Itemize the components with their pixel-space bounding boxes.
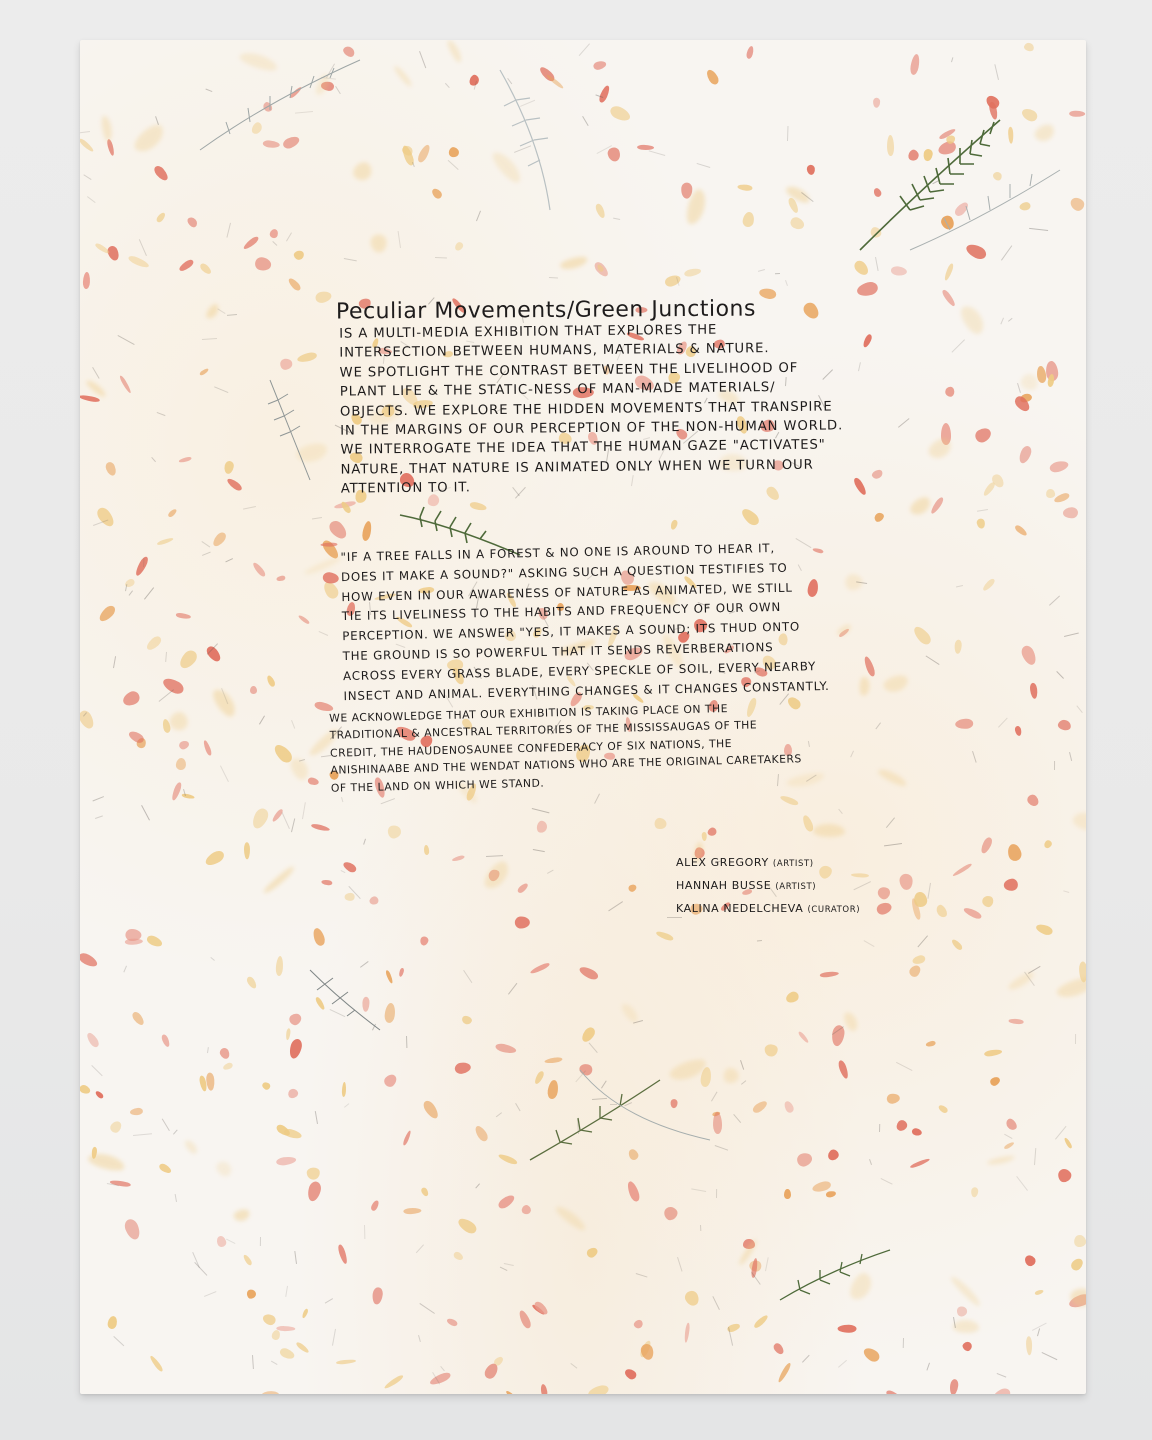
- petal-icon: [764, 484, 781, 502]
- sprig-gray-lower-left-icon: [300, 960, 390, 1040]
- petal-icon: [85, 1031, 101, 1049]
- paper-fiber: [466, 340, 474, 343]
- paper-fiber: [972, 751, 977, 763]
- petal-icon: [161, 675, 186, 696]
- petal-icon: [759, 287, 778, 300]
- petal-icon: [321, 879, 332, 886]
- petal-icon: [185, 215, 198, 228]
- petal-icon: [251, 561, 267, 578]
- paper-fiber: [494, 407, 504, 413]
- petal-icon: [199, 367, 210, 376]
- paper-fiber: [898, 418, 909, 428]
- paper-fiber: [151, 457, 156, 462]
- petal-stain-icon: [716, 387, 741, 407]
- paper-fiber: [445, 83, 449, 88]
- petal-icon: [786, 695, 803, 712]
- petal-icon: [625, 716, 632, 732]
- petal-icon: [336, 1359, 356, 1365]
- paper-fiber: [468, 581, 478, 596]
- petal-icon: [603, 753, 614, 760]
- petal-icon: [80, 394, 100, 403]
- petal-icon: [558, 432, 573, 446]
- petal-stain-icon: [368, 403, 404, 429]
- paper-fiber: [978, 509, 989, 512]
- paper-fiber: [476, 1184, 480, 1189]
- paper-fiber: [588, 1043, 597, 1054]
- petal-icon: [952, 863, 973, 878]
- petal-icon: [497, 1193, 517, 1211]
- petal-icon: [607, 627, 620, 648]
- paper-fiber: [838, 1360, 847, 1368]
- petal-icon: [870, 468, 883, 480]
- paper-fiber: [1064, 891, 1070, 894]
- paper-fiber: [838, 809, 843, 814]
- petal-icon: [495, 1042, 517, 1054]
- paper-fiber: [1076, 705, 1082, 712]
- petal-icon: [418, 733, 434, 749]
- petal-icon: [945, 387, 955, 397]
- petal-icon: [152, 164, 169, 182]
- paper-fiber: [133, 1133, 152, 1136]
- paper-fiber: [658, 447, 666, 461]
- paper-fiber: [226, 559, 234, 563]
- petal-icon: [420, 1186, 429, 1197]
- paper-fiber: [397, 231, 400, 248]
- petal-icon: [608, 103, 633, 123]
- petal-icon: [369, 1199, 379, 1211]
- petal-icon: [94, 1089, 105, 1099]
- petal-icon: [1029, 683, 1038, 700]
- petal-icon: [910, 1128, 922, 1138]
- petal-icon: [250, 806, 271, 831]
- paper-fiber: [674, 627, 681, 630]
- paper-fiber: [532, 685, 537, 700]
- petal-icon: [910, 53, 922, 75]
- paper-fiber: [272, 241, 277, 246]
- petal-icon: [161, 1033, 171, 1047]
- petal-icon: [286, 1088, 298, 1100]
- paper-fiber: [1042, 1352, 1058, 1360]
- petal-icon: [627, 883, 637, 893]
- paper-fiber: [951, 339, 964, 352]
- paper-fiber: [341, 870, 346, 873]
- petal-icon: [1068, 195, 1086, 213]
- paper-fiber: [201, 541, 210, 547]
- paper-fiber: [412, 162, 415, 167]
- petal-icon: [505, 1390, 524, 1394]
- paper-fiber: [522, 393, 530, 400]
- petal-icon: [225, 477, 243, 493]
- petal-icon: [1003, 1141, 1015, 1150]
- petal-icon: [451, 298, 466, 315]
- paper-fiber: [756, 940, 761, 942]
- petal-stain-icon: [100, 115, 113, 142]
- paper-fiber: [162, 1119, 170, 1132]
- paper-fiber: [218, 309, 226, 314]
- petal-icon: [685, 345, 697, 358]
- petal-icon: [203, 848, 226, 868]
- petal-icon: [1026, 793, 1041, 808]
- petal-icon: [976, 519, 986, 530]
- petal-icon: [97, 603, 118, 624]
- petal-icon: [1049, 459, 1070, 474]
- petal-icon: [912, 954, 927, 966]
- petal-icon: [460, 717, 474, 732]
- petal-icon: [837, 1059, 850, 1079]
- petal-icon: [664, 273, 682, 288]
- petal-stain-icon: [445, 40, 464, 64]
- petal-icon: [293, 250, 305, 261]
- petal-icon: [826, 1190, 837, 1198]
- petal-icon: [280, 358, 294, 370]
- paper-fiber: [173, 1129, 178, 1134]
- petal-icon: [330, 770, 340, 780]
- petal-icon: [692, 617, 710, 635]
- paper-fiber: [571, 1363, 578, 1369]
- paper-fiber: [259, 1237, 260, 1246]
- paper-fiber: [767, 883, 777, 897]
- paper-fiber: [775, 432, 779, 438]
- petal-icon: [529, 961, 550, 975]
- petal-icon: [745, 697, 758, 719]
- paper-fiber: [464, 970, 473, 983]
- petal-icon: [155, 211, 166, 223]
- petal-icon: [394, 723, 418, 743]
- paper-fiber: [787, 126, 789, 141]
- petal-icon: [632, 1318, 644, 1330]
- paper-fiber: [508, 983, 517, 995]
- paper-fiber: [1069, 752, 1072, 761]
- paper-fiber: [881, 1178, 893, 1184]
- petal-icon: [807, 579, 820, 598]
- petal-icon: [250, 686, 257, 694]
- petal-icon: [971, 1186, 979, 1197]
- petal-icon: [742, 889, 753, 896]
- paper-fiber: [1049, 595, 1060, 605]
- petal-icon: [95, 505, 117, 528]
- petal-stain-icon: [210, 686, 240, 720]
- petal-icon: [949, 1379, 959, 1394]
- petal-icon: [215, 1235, 227, 1249]
- paper-fiber: [643, 437, 650, 440]
- paper-fiber: [796, 538, 812, 548]
- paper-fiber: [548, 277, 557, 279]
- paper-fiber: [416, 1244, 424, 1253]
- paper-fiber: [879, 1124, 880, 1132]
- petal-icon: [369, 896, 380, 907]
- petal-icon: [884, 1388, 902, 1394]
- petal-icon: [297, 614, 310, 625]
- petal-stain-icon: [183, 1138, 200, 1156]
- petal-icon: [276, 1326, 296, 1332]
- petal-icon: [573, 387, 594, 398]
- petal-icon: [80, 951, 99, 970]
- petal-icon: [531, 626, 543, 639]
- paper-fiber: [715, 860, 722, 863]
- paper-fiber: [533, 849, 544, 852]
- paper-fiber: [822, 370, 833, 381]
- petal-icon: [684, 1323, 691, 1343]
- petal-icon: [943, 263, 955, 282]
- petal-icon: [505, 592, 517, 609]
- petal-icon: [361, 521, 372, 542]
- paper-fiber: [271, 1360, 278, 1365]
- paper-fiber: [775, 273, 780, 274]
- paper-fiber: [432, 487, 450, 492]
- petal-icon: [175, 757, 186, 770]
- paper-fiber: [227, 314, 237, 316]
- petal-stain-icon: [303, 554, 342, 577]
- petal-icon: [254, 256, 272, 271]
- paper-fiber: [785, 377, 787, 386]
- paper-fiber: [332, 1329, 336, 1346]
- petal-icon: [276, 1155, 297, 1166]
- petal-icon: [516, 882, 528, 894]
- paper-fiber: [784, 459, 799, 468]
- petal-icon: [683, 1289, 701, 1308]
- paper-fiber: [777, 774, 779, 786]
- petal-stain-icon: [263, 865, 297, 895]
- paper-fiber: [92, 796, 104, 801]
- paper-fiber: [496, 371, 505, 383]
- petal-stain-icon: [213, 1159, 233, 1179]
- petal-icon: [851, 872, 870, 877]
- paper-fiber: [311, 517, 321, 520]
- petal-stain-icon: [953, 1320, 980, 1333]
- petal-icon: [536, 820, 548, 834]
- paper-fiber: [1000, 318, 1004, 325]
- petal-icon: [374, 592, 396, 601]
- petal-icon: [701, 832, 706, 841]
- petal-icon: [453, 1250, 465, 1261]
- petal-stain-icon: [719, 453, 748, 471]
- petal-icon: [1003, 878, 1019, 892]
- paper-fiber: [344, 1103, 349, 1107]
- paper-fiber: [204, 1291, 217, 1297]
- paper-fiber: [486, 855, 503, 857]
- petal-icon: [778, 633, 788, 646]
- petal-icon: [134, 556, 150, 578]
- paper-fiber: [334, 424, 350, 432]
- paper-fiber: [648, 150, 665, 156]
- petal-icon: [453, 1062, 471, 1076]
- petal-icon: [738, 184, 754, 192]
- sprig-gray-top-left-icon: [190, 50, 370, 160]
- paper-fiber: [594, 794, 600, 804]
- paper-fiber: [315, 1111, 318, 1124]
- petal-icon: [337, 1243, 349, 1264]
- petal-icon: [962, 1340, 975, 1353]
- petal-icon: [1006, 843, 1023, 863]
- petal-icon: [1069, 111, 1085, 118]
- paper-fiber: [440, 1366, 445, 1372]
- paper-fiber: [107, 1183, 119, 1186]
- paper-fiber: [818, 395, 825, 408]
- petal-stain-icon: [87, 1150, 127, 1173]
- petal-icon: [349, 411, 364, 426]
- petal-icon: [588, 431, 600, 446]
- petal-icon: [306, 1180, 323, 1203]
- paper-fiber: [139, 239, 147, 256]
- paper-fiber: [143, 558, 145, 567]
- paper-fiber: [227, 222, 231, 236]
- petal-icon: [861, 333, 873, 348]
- petal-icon: [962, 906, 982, 920]
- petal-icon: [742, 212, 755, 229]
- paper-fiber: [926, 1363, 930, 1371]
- paper-fiber: [157, 412, 166, 416]
- petal-icon: [355, 490, 367, 504]
- petal-icon: [276, 955, 285, 976]
- paper-fiber: [226, 1239, 235, 1244]
- paper-fiber: [1016, 1176, 1028, 1191]
- petal-icon: [301, 1308, 309, 1319]
- petal-stain-icon: [859, 677, 870, 696]
- petal-icon: [602, 366, 609, 375]
- petal-icon: [765, 1044, 778, 1057]
- petal-icon: [348, 451, 363, 465]
- paper-fiber: [1003, 1134, 1012, 1139]
- petal-icon: [520, 1204, 532, 1216]
- petal-icon: [473, 1124, 490, 1143]
- petal-icon: [448, 146, 460, 158]
- petal-icon: [222, 1061, 234, 1071]
- petal-icon: [655, 930, 674, 942]
- petal-icon: [247, 1289, 256, 1299]
- paper-fiber: [1056, 671, 1064, 679]
- paper-fiber: [869, 1159, 872, 1165]
- petal-icon: [218, 1047, 231, 1061]
- petal-icon: [1035, 922, 1054, 936]
- petal-icon: [109, 1119, 124, 1135]
- paper-fiber: [476, 595, 479, 607]
- petal-icon: [398, 968, 405, 978]
- petal-icon: [314, 290, 332, 304]
- paper-fiber: [925, 655, 939, 665]
- paper-fiber: [435, 257, 447, 259]
- petal-icon: [1053, 492, 1070, 505]
- petal-icon: [669, 520, 678, 531]
- petal-icon: [683, 268, 701, 279]
- petal-icon: [831, 1024, 846, 1047]
- petal-icon: [862, 1346, 883, 1365]
- paper-fiber: [617, 343, 625, 360]
- petal-icon: [837, 1324, 856, 1332]
- paper-fiber: [321, 755, 331, 757]
- petal-icon: [1055, 1167, 1073, 1185]
- paper-fiber: [419, 51, 426, 68]
- petal-stain-icon: [370, 234, 388, 253]
- petal-icon: [713, 340, 724, 349]
- paper-fiber: [291, 720, 295, 728]
- petal-icon: [666, 369, 683, 385]
- petal-stain-icon: [907, 494, 934, 519]
- petal-icon: [456, 1216, 479, 1236]
- petal-icon: [430, 187, 444, 201]
- paper-fiber: [532, 808, 550, 813]
- petal-icon: [873, 511, 886, 524]
- paper-fiber: [608, 901, 623, 911]
- paper-fiber: [128, 590, 133, 596]
- petal-icon: [287, 276, 302, 291]
- paper-fiber: [718, 670, 726, 674]
- paper-fiber: [741, 1080, 747, 1085]
- petal-icon: [1014, 524, 1028, 537]
- paper-fiber: [903, 1338, 904, 1348]
- petal-icon: [772, 1342, 785, 1356]
- petal-icon: [83, 272, 91, 290]
- petal-icon: [372, 337, 380, 348]
- petal-icon: [518, 1309, 533, 1329]
- petal-icon: [311, 823, 331, 832]
- petal-icon: [568, 690, 584, 708]
- paper-fiber: [496, 1113, 502, 1118]
- petal-icon: [1017, 445, 1033, 465]
- paper-fiber: [448, 160, 459, 170]
- petal-icon: [956, 1305, 968, 1316]
- petal-icon: [981, 481, 996, 498]
- petal-stain-icon: [480, 858, 513, 893]
- paper-fiber: [259, 715, 265, 724]
- paper-fiber: [918, 935, 928, 947]
- petal-icon: [178, 739, 190, 750]
- petal-icon: [285, 1028, 291, 1041]
- petal-icon: [295, 1341, 310, 1354]
- petal-icon: [677, 629, 692, 644]
- paper-fiber: [1075, 1034, 1076, 1044]
- petal-icon: [784, 990, 800, 1005]
- petal-icon: [894, 1118, 909, 1133]
- petal-icon: [261, 1081, 272, 1091]
- sprig-gray-upper-center-icon: [480, 60, 600, 220]
- petal-icon: [327, 519, 350, 542]
- petal-icon: [80, 1083, 92, 1095]
- petal-icon: [144, 634, 163, 652]
- petal-icon: [1072, 1233, 1086, 1248]
- petal-icon: [911, 624, 933, 647]
- petal-icon: [314, 700, 334, 712]
- petal-icon: [202, 740, 212, 757]
- paper-fiber: [765, 1257, 769, 1271]
- petal-stain-icon: [205, 303, 221, 321]
- petal-stain-icon: [131, 121, 169, 157]
- paper-fiber: [207, 1047, 209, 1053]
- petal-icon: [107, 1315, 118, 1329]
- petal-icon: [662, 1205, 680, 1223]
- petal-icon: [820, 971, 839, 978]
- petal-icon: [988, 1075, 1001, 1087]
- paper-fiber: [211, 957, 216, 961]
- petal-icon: [461, 1015, 473, 1026]
- petal-icon: [80, 709, 96, 731]
- paper-fiber: [551, 720, 561, 735]
- petal-icon: [287, 1038, 303, 1060]
- petal-icon: [984, 1048, 1003, 1057]
- paper-fiber: [712, 1296, 720, 1310]
- paper-fiber: [344, 258, 357, 261]
- sprig-green-bottom-center-icon: [520, 1060, 720, 1170]
- paper-fiber: [677, 1257, 683, 1272]
- petal-icon: [739, 675, 753, 689]
- petal-icon: [514, 916, 530, 929]
- petal-icon: [269, 228, 279, 239]
- petal-icon: [795, 1151, 814, 1168]
- paper-fiber: [631, 475, 634, 486]
- paper-fiber: [927, 883, 931, 899]
- petal-icon: [772, 459, 785, 472]
- paper-fiber: [165, 652, 167, 662]
- petal-icon: [807, 165, 816, 176]
